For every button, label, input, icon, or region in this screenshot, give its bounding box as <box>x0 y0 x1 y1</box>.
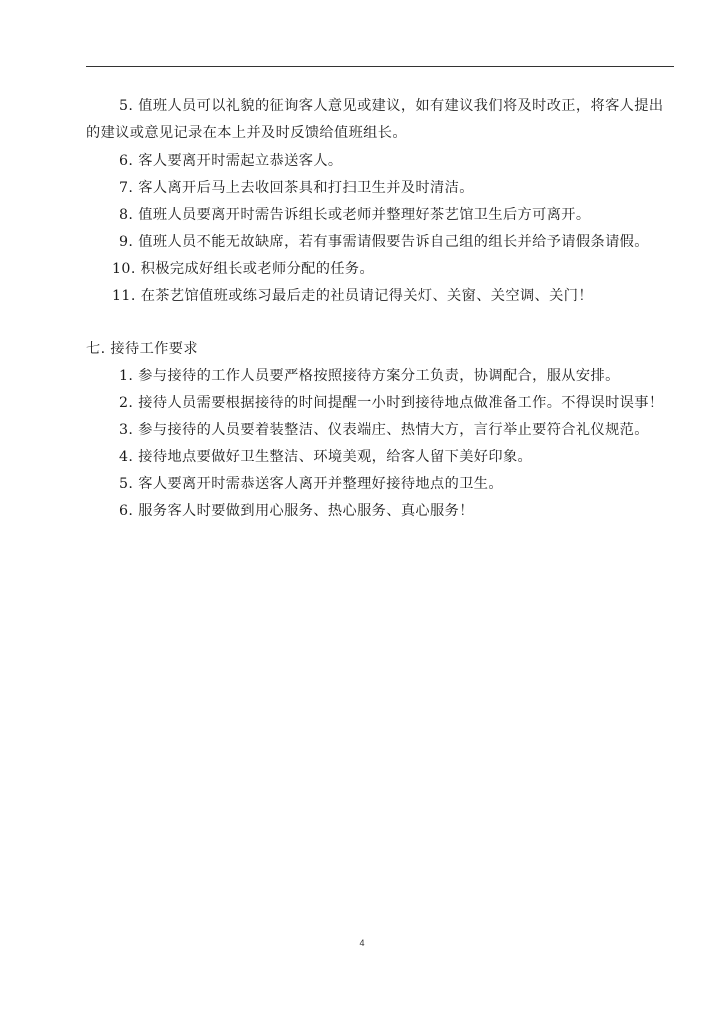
item-number: 7. <box>119 180 133 196</box>
item-number: 8. <box>119 207 133 223</box>
item-number: 9. <box>119 234 133 250</box>
item-text: 值班人员不能无故缺席，若有事需请假要告诉自己组的组长并给予请假条请假。 <box>138 234 649 250</box>
list-item: 8. 值班人员要离开时需告诉组长或老师并整理好茶艺馆卫生后方可离开。 <box>119 205 590 225</box>
item-text: 积极完成好组长或老师分配的任务。 <box>141 261 374 277</box>
item-text: 值班人员要离开时需告诉组长或老师并整理好茶艺馆卫生后方可离开。 <box>138 207 590 223</box>
item-number: 1. <box>119 368 133 384</box>
list-item: 3. 参与接待的人员要着装整洁、仪表端庄、热情大方，言行举止要符合礼仪规范。 <box>119 420 649 440</box>
list-item: 6. 服务客人时要做到用心服务、热心服务、真心服务！ <box>119 501 474 521</box>
list-item: 5. 客人要离开时需恭送客人离开并整理好接待地点的卫生。 <box>119 474 503 494</box>
item-text: 在茶艺馆值班或练习最后走的社员请记得关灯、关窗、关空调、关门！ <box>141 288 593 304</box>
list-item: 9. 值班人员不能无故缺席，若有事需请假要告诉自己组的组长并给予请假条请假。 <box>119 232 649 252</box>
item-number: 6. <box>119 503 133 519</box>
item-number: 3. <box>119 422 133 438</box>
header-rule <box>86 66 674 67</box>
list-item: 2. 接待人员需要根据接待的时间提醒一小时到接待地点做准备工作。不得误时误事！ <box>119 393 663 413</box>
section-heading: 七. 接待工作要求 <box>86 339 198 359</box>
item-text: 值班人员可以礼貌的征询客人意见或建议，如有建议我们将及时改正，将客人提出 <box>138 98 663 114</box>
item-number: 5. <box>119 476 133 492</box>
item-text: 接待人员需要根据接待的时间提醒一小时到接待地点做准备工作。不得误时误事！ <box>138 395 663 411</box>
item-text: 客人离开后马上去收回茶具和打扫卫生并及时清洁。 <box>138 180 474 196</box>
item-text: 客人要离开时需起立恭送客人。 <box>138 153 342 169</box>
item-number: 10. <box>112 261 136 277</box>
item-text: 参与接待的人员要着装整洁、仪表端庄、热情大方，言行举止要符合礼仪规范。 <box>138 422 649 438</box>
item-text: 服务客人时要做到用心服务、热心服务、真心服务！ <box>138 503 474 519</box>
item-number: 11. <box>112 288 136 304</box>
list-item: 11. 在茶艺馆值班或练习最后走的社员请记得关灯、关窗、关空调、关门！ <box>112 286 593 306</box>
list-item: 4. 接待地点要做好卫生整洁、环境美观，给客人留下美好印象。 <box>119 447 532 467</box>
item-number: 4. <box>119 449 133 465</box>
item-text: 客人要离开时需恭送客人离开并整理好接待地点的卫生。 <box>138 476 503 492</box>
list-item: 6. 客人要离开时需起立恭送客人。 <box>119 151 343 171</box>
list-item: 1. 参与接待的工作人员要严格按照接待方案分工负责，协调配合，服从安排。 <box>119 366 620 386</box>
item-number: 6. <box>119 153 133 169</box>
list-item: 7. 客人离开后马上去收回茶具和打扫卫生并及时清洁。 <box>119 178 474 198</box>
page-number: 4 <box>0 938 724 948</box>
item-number: 2. <box>119 395 133 411</box>
item-text: 参与接待的工作人员要严格按照接待方案分工负责，协调配合，服从安排。 <box>138 368 619 384</box>
list-item: 5. 值班人员可以礼貌的征询客人意见或建议，如有建议我们将及时改正，将客人提出 <box>119 96 663 116</box>
item-number: 5. <box>119 98 133 114</box>
list-item-continuation: 的建议或意见记录在本上并及时反馈给值班组长。 <box>86 123 407 143</box>
item-text: 接待地点要做好卫生整洁、环境美观，给客人留下美好印象。 <box>138 449 532 465</box>
list-item: 10. 积极完成好组长或老师分配的任务。 <box>112 259 374 279</box>
